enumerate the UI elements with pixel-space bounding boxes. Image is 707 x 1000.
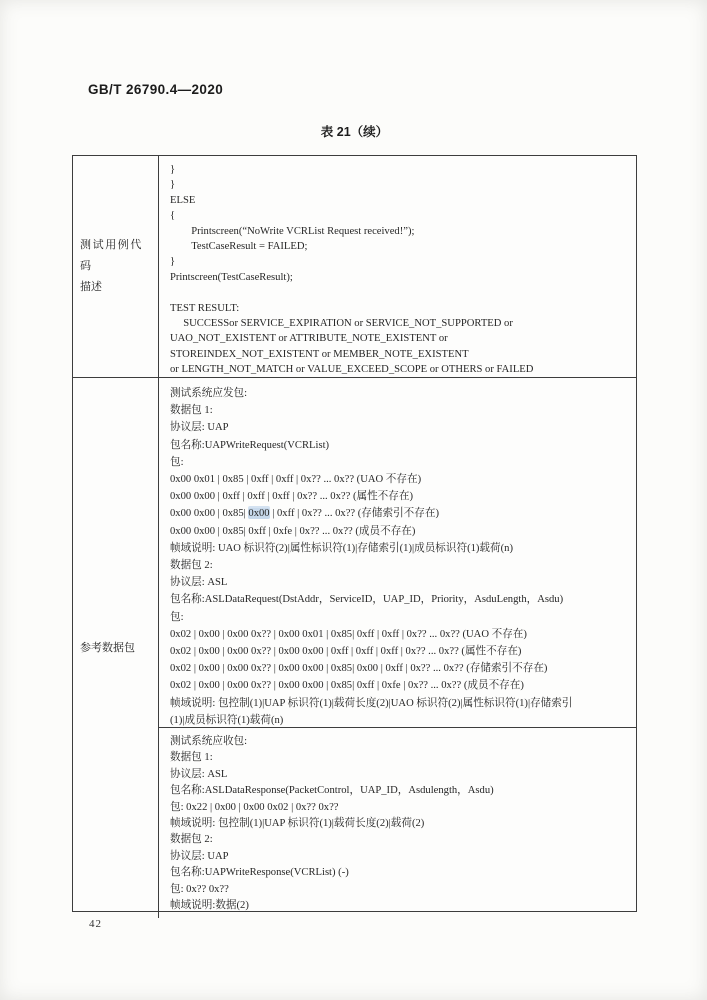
text-line: 协议层: ASL xyxy=(170,767,628,783)
text-line: 0x02 | 0x00 | 0x00 0x?? | 0x00 0x00 | 0x… xyxy=(170,677,628,694)
row-label-reference-packets: 参考数据包 xyxy=(73,378,159,918)
text-line: 协议层: UAP xyxy=(170,849,628,865)
text-line: 0x02 | 0x00 | 0x00 0x?? | 0x00 0x00 | 0x… xyxy=(170,643,628,660)
text-line: } xyxy=(170,254,533,269)
row-label-test-case-code: 测试用例代码 描述 xyxy=(73,156,159,377)
receive-packets-block: 测试系统应收包:数据包 1:协议层: ASL包名称:ASLDataRespons… xyxy=(159,728,636,918)
text-line: 0x00 0x00 | 0xff | 0xff | 0xff | 0x?? ..… xyxy=(170,488,628,505)
text-line: STOREINDEX_NOT_EXISTENT or MEMBER_NOTE_E… xyxy=(170,347,533,362)
text-line: 数据包 2: xyxy=(170,557,628,574)
text-line: 0x02 | 0x00 | 0x00 0x?? | 0x00 0x01 | 0x… xyxy=(170,626,628,643)
text-line: 帧域说明: UAO 标识符(2)|属性标识符(1)|存储索引(1)|成员标识符(… xyxy=(170,540,628,557)
text-line: 数据包 1: xyxy=(170,402,628,419)
table-row-test-case-code: 测试用例代码 描述 }}ELSE{ Printscreen(“NoWrite V… xyxy=(73,156,636,378)
text-line: 数据包 1: xyxy=(170,750,628,766)
text-line: TEST RESULT: xyxy=(170,301,533,316)
row-label-text: 参考数据包 xyxy=(80,638,135,659)
standard-number: GB/T 26790.4—2020 xyxy=(88,82,223,97)
text-line: 0x00 0x01 | 0x85 | 0xff | 0xff | 0x?? ..… xyxy=(170,471,628,488)
text-line: 0x00 0x00 | 0x85| 0x00 | 0xff | 0x?? ...… xyxy=(170,505,628,522)
page-number: 42 xyxy=(89,918,102,930)
text-line: ELSE xyxy=(170,193,533,208)
text-line: 0x00 0x00 | 0x85| 0xff | 0xfe | 0x?? ...… xyxy=(170,523,628,540)
text-line: 包名称:ASLDataRequest(DstAddr，ServiceID，UAP… xyxy=(170,591,628,608)
text-line: } xyxy=(170,177,533,192)
text-line: 包名称:ASLDataResponse(PacketControl，UAP_ID… xyxy=(170,783,628,799)
reference-packets-cells: 测试系统应发包:数据包 1:协议层: UAP包名称:UAPWriteReques… xyxy=(159,378,636,918)
text-line: 包: xyxy=(170,454,628,471)
highlighted-token: 0x00 xyxy=(248,508,269,519)
table-21-continued: 测试用例代码 描述 }}ELSE{ Printscreen(“NoWrite V… xyxy=(72,155,637,912)
text-line: Printscreen(“NoWrite VCRList Request rec… xyxy=(170,224,533,239)
text-line: 0x02 | 0x00 | 0x00 0x?? | 0x00 0x00 | 0x… xyxy=(170,660,628,677)
text-line: 包名称:UAPWriteResponse(VCRList) (-) xyxy=(170,865,628,881)
text-line: 测试系统应发包: xyxy=(170,385,628,402)
row-label-line1: 测试用例代码 xyxy=(80,235,151,277)
text-line: UAO_NOT_EXISTENT or ATTRIBUTE_NOTE_EXIST… xyxy=(170,331,533,346)
text-line: 包名称:UAPWriteRequest(VCRList) xyxy=(170,437,628,454)
test-case-code-block: }}ELSE{ Printscreen(“NoWrite VCRList Req… xyxy=(159,156,541,377)
text-line: 测试系统应收包: xyxy=(170,734,628,750)
text-line: 包: 0x22 | 0x00 | 0x00 0x02 | 0x?? 0x?? xyxy=(170,800,628,816)
text-line: 协议层: UAP xyxy=(170,419,628,436)
table-row-reference-packets: 参考数据包 测试系统应发包:数据包 1:协议层: UAP包名称:UAPWrite… xyxy=(73,378,636,918)
text-segment: 0x00 0x00 | 0x85| xyxy=(170,508,248,519)
text-line: } xyxy=(170,162,533,177)
table-caption: 表 21（续） xyxy=(72,122,637,140)
text-line: 包: 0x?? 0x?? xyxy=(170,882,628,898)
text-line: 协议层: ASL xyxy=(170,574,628,591)
text-segment: | 0xff | 0x?? ... 0x?? (存储索引不存在) xyxy=(270,508,439,519)
text-line: TestCaseResult = FAILED; xyxy=(170,239,533,254)
text-line: Printscreen(TestCaseResult); xyxy=(170,270,533,285)
text-line: { xyxy=(170,208,533,223)
text-line: 帧域说明: 包控制(1)|UAP 标识符(1)|载荷长度(2)|UAO 标识符(… xyxy=(170,695,628,712)
text-line: 帧域说明: 包控制(1)|UAP 标识符(1)|载荷长度(2)|载荷(2) xyxy=(170,816,628,832)
text-line: 数据包 2: xyxy=(170,832,628,848)
send-packets-block: 测试系统应发包:数据包 1:协议层: UAP包名称:UAPWriteReques… xyxy=(159,378,636,728)
text-line: or LENGTH_NOT_MATCH or VALUE_EXCEED_SCOP… xyxy=(170,362,533,377)
text-line xyxy=(170,285,533,300)
text-line: 帧域说明:数据(2) xyxy=(170,898,628,914)
text-line: (1)|成员标识符(1)载荷(n) xyxy=(170,712,628,729)
row-label-line2: 描述 xyxy=(80,277,151,298)
text-line: SUCCESSor SERVICE_EXPIRATION or SERVICE_… xyxy=(170,316,533,331)
text-line: 包: xyxy=(170,609,628,626)
